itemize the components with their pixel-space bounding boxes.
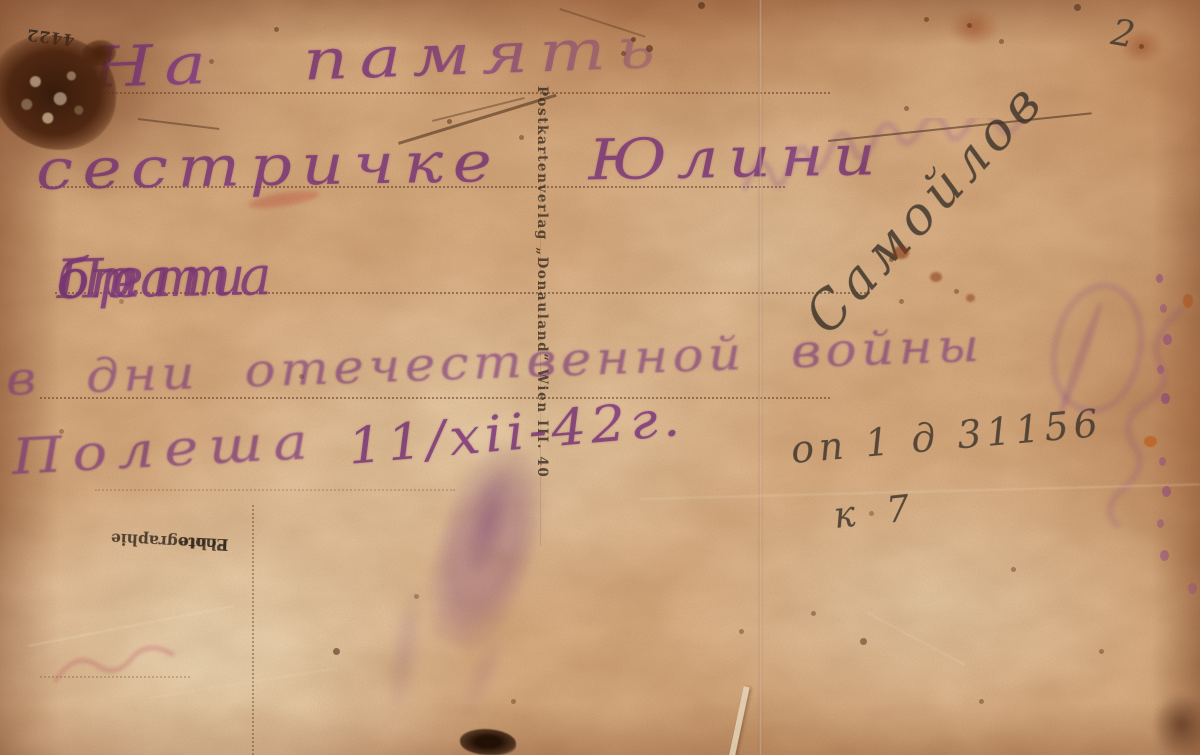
faded-ink-dots xyxy=(0,0,5,7)
ruled-dotted-line-vertical xyxy=(252,505,254,755)
ink-line-na-pamyat: На память xyxy=(91,16,667,101)
printed-photo-mark-line2: Photographie xyxy=(110,528,229,554)
rust-stain xyxy=(948,8,1000,46)
orange-speck xyxy=(1144,436,1157,447)
pencil-archive-reference-2: к 7 xyxy=(832,488,912,537)
rust-stain xyxy=(930,272,942,282)
faded-pink-scribble xyxy=(48,640,188,695)
postcard-scan: 4422 Postkartenverlag „Donauland“ Wien I… xyxy=(0,0,1200,755)
ruled-dotted-line xyxy=(95,489,455,491)
rust-stain xyxy=(1120,28,1164,64)
purple-ink-smudge xyxy=(378,578,432,721)
dark-ink-blob xyxy=(460,729,516,755)
rust-stain xyxy=(893,246,909,259)
light-crease xyxy=(867,612,965,665)
vertical-fold-crease xyxy=(758,0,763,755)
stain-spot xyxy=(1154,694,1200,755)
scratch-mark xyxy=(138,118,220,130)
orange-speck xyxy=(1183,294,1193,308)
rust-stain xyxy=(966,294,975,302)
pencil-archive-reference: оп 1 д 31156 xyxy=(789,401,1104,472)
printed-photo-mark: Echte Photographie xyxy=(58,546,228,555)
ink-word: Пети xyxy=(56,245,254,311)
ink-place-name: Полеша xyxy=(10,412,319,486)
paper-tear-crack xyxy=(728,686,749,755)
